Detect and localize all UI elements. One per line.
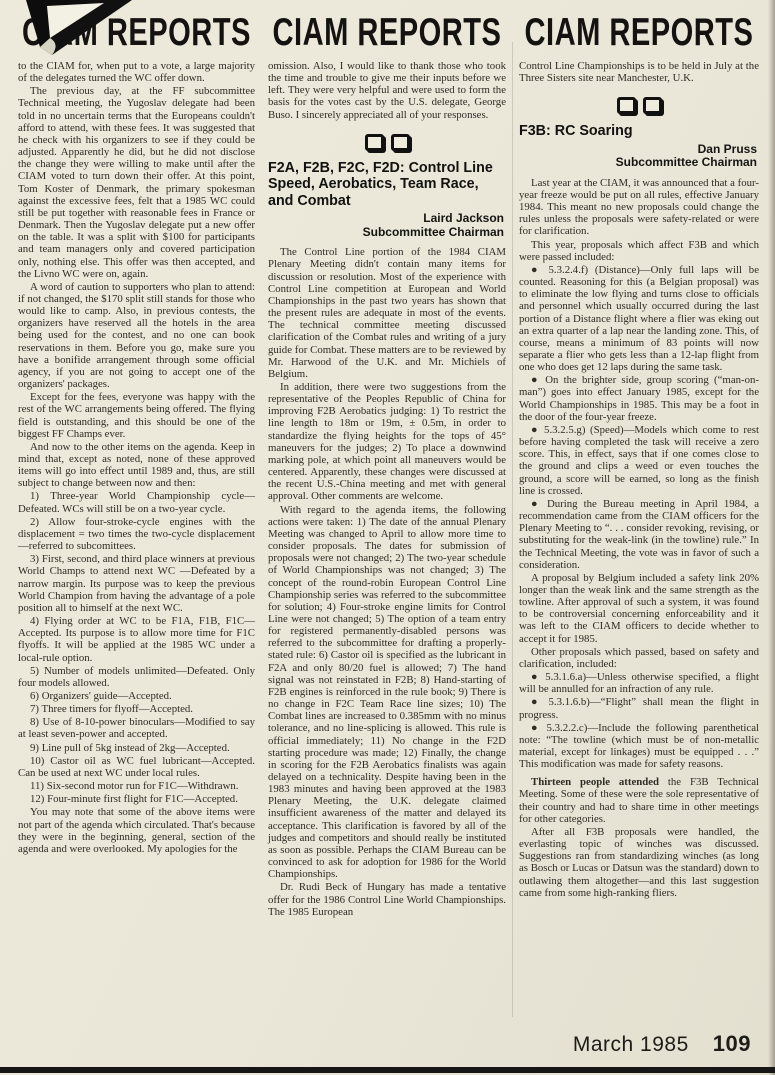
issue-date: March 1985 <box>573 1033 689 1056</box>
list-item: 6) Organizers' guide—Accepted. <box>18 690 255 702</box>
list-item: 9) Line pull of 5kg instead of 2kg—Accep… <box>18 742 255 754</box>
bullet-item: ● 5.3.1.6.b)—“Flight” shall mean the fli… <box>519 696 759 720</box>
paragraph: This year, proposals which affect F3B an… <box>519 239 759 263</box>
square-icon <box>391 134 410 151</box>
list-item: 5) Number of models unlimited—Defeated. … <box>18 665 255 689</box>
paragraph: After all F3B proposals were handled, th… <box>519 826 759 899</box>
paragraph: And now to the other items on the agenda… <box>18 441 255 490</box>
paragraph: omission. Also, I would like to thank th… <box>268 60 506 121</box>
column-header: CIAM REPORTS <box>523 14 756 53</box>
bullet-item: ● During the Bureau meeting in April 198… <box>519 498 759 571</box>
paragraph: You may note that some of the above item… <box>18 806 255 855</box>
bullet-item: ● 5.3.2.5.g) (Speed)—Models which come t… <box>519 424 759 497</box>
list-item: 7) Three timers for flyoff—Accepted. <box>18 703 255 715</box>
paragraph: Other proposals which passed, based on s… <box>519 646 759 670</box>
list-item: 8) Use of 8-10-power binoculars—Modified… <box>18 716 255 740</box>
double-square-icon <box>519 97 759 114</box>
column-header: CIAM REPORTS <box>272 14 503 53</box>
list-item: 2) Allow four-stroke-cycle engines with … <box>18 516 255 552</box>
paragraph: In addition, there were two suggestions … <box>268 381 506 503</box>
section-heading: F2A, F2B, F2C, F2D: Control Line Speed, … <box>268 160 506 210</box>
bullet-item: ● 5.3.2.4.f) (Distance)—Only full laps w… <box>519 264 759 373</box>
square-icon <box>617 97 636 114</box>
paragraph: A word of caution to supporters who plan… <box>18 281 255 390</box>
paragraph: Dr. Rudi Beck of Hungary has made a tent… <box>268 881 506 917</box>
paragraph: With regard to the agenda items, the fol… <box>268 504 506 881</box>
page-footer: March 1985109 <box>573 1031 751 1057</box>
byline-title: Subcommittee Chairman <box>268 226 504 240</box>
paragraph: Control Line Championships is to be held… <box>519 60 759 84</box>
square-icon <box>365 134 384 151</box>
column-left: CIAM REPORTS to the CIAM for, when put t… <box>18 10 255 856</box>
byline-name: Dan Pruss <box>519 143 757 157</box>
bold-lead: Thirteen people attended <box>531 776 659 788</box>
paragraph: to the CIAM for, when put to a vote, a l… <box>18 60 255 84</box>
bottom-rule <box>0 1067 775 1073</box>
column-right: CIAM REPORTS Control Line Championships … <box>519 10 759 900</box>
list-item: 1) Three-year World Championship cycle—D… <box>18 490 255 514</box>
list-item: 11) Six-second motor run for F1C—Withdra… <box>18 780 255 792</box>
page-number: 109 <box>713 1031 751 1056</box>
square-icon <box>643 97 662 114</box>
list-item: 4) Flying order at WC to be F1A, F1B, F1… <box>18 615 255 664</box>
paragraph: Thirteen people attended the F3B Technic… <box>519 776 759 825</box>
column-center: CIAM REPORTS omission. Also, I would lik… <box>268 10 506 919</box>
bullet-item: ● 5.3.1.6.a)—Unless otherwise specified,… <box>519 671 759 695</box>
list-item: 3) First, second, and third place winner… <box>18 553 255 614</box>
byline-title: Subcommittee Chairman <box>519 156 757 170</box>
bullet-item: ● 5.3.2.2.c)—Include the following paren… <box>519 722 759 771</box>
column-divider <box>512 42 513 1017</box>
section-heading: F3B: RC Soaring <box>519 123 759 140</box>
byline: Laird Jackson Subcommittee Chairman <box>268 212 504 239</box>
list-item: 12) Four-minute first flight for F1C—Acc… <box>18 793 255 805</box>
list-item: 10) Castor oil as WC fuel lubricant—Acce… <box>18 755 255 779</box>
paragraph: Except for the fees, everyone was happy … <box>18 391 255 440</box>
bullet-item: ● On the brighter side, group scoring (“… <box>519 374 759 423</box>
paragraph: The Control Line portion of the 1984 CIA… <box>268 246 506 380</box>
paragraph: The previous day, at the FF subcommittee… <box>18 85 255 280</box>
double-square-icon <box>268 134 506 151</box>
paragraph: A proposal by Belgium included a safety … <box>519 572 759 645</box>
column-header: CIAM REPORTS <box>22 14 252 53</box>
byline: Dan Pruss Subcommittee Chairman <box>519 143 757 170</box>
page-edge-shadow <box>768 0 775 1075</box>
magazine-page: CIAM REPORTS to the CIAM for, when put t… <box>0 0 775 1075</box>
byline-name: Laird Jackson <box>268 212 504 226</box>
paragraph: Last year at the CIAM, it was announced … <box>519 177 759 238</box>
